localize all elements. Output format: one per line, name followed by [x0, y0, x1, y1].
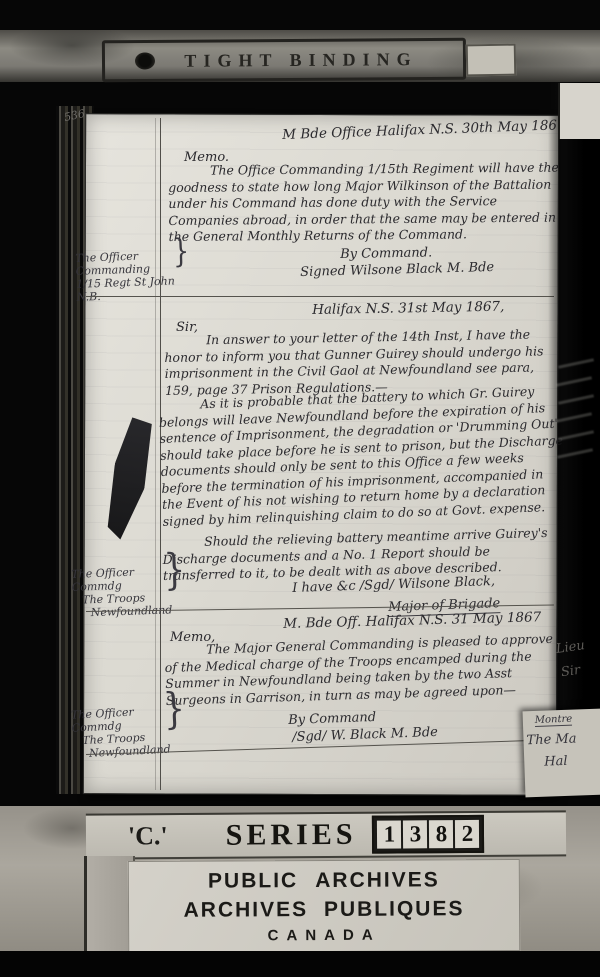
next-page-fragment: Sir [560, 663, 581, 681]
tight-binding-tag: TIGHT BINDING [102, 38, 466, 83]
section2-paragraph-2: As it is probable that the battery to wh… [158, 382, 567, 529]
archives-panel: PUBLIC ARCHIVES ARCHIVES PUBLIQUES CANAD… [128, 859, 520, 953]
archives-line-canada: CANADA [268, 926, 381, 944]
gutter-shadow [548, 82, 600, 794]
bottom-black-band [0, 951, 600, 977]
tight-binding-label: TIGHT BINDING [150, 49, 417, 72]
next-page-fragment: Montre [535, 714, 573, 727]
margin-rule-faint [155, 118, 156, 790]
margin-brace: } [163, 701, 185, 718]
section3-by-command: By Command [288, 710, 376, 728]
series-word: SERIES [226, 818, 357, 853]
volume-digit: 8 [429, 820, 453, 848]
archives-line-en: PUBLIC ARCHIVES [208, 868, 440, 893]
section-divider [86, 296, 554, 297]
section1-paragraph: The Office Commanding 1/15th Regiment wi… [168, 160, 561, 246]
margin-note-line: The Officer Commdg [71, 564, 176, 594]
next-page-corner [558, 83, 600, 139]
margin-note-line: The Officer Commanding [75, 248, 180, 278]
archival-photo: TIGHT BINDING 536 M Bde Office Halifax N… [0, 0, 600, 977]
next-page-fragment: Hal [544, 754, 568, 770]
volume-digit: 3 [403, 820, 427, 848]
section2-paragraph-3: Should the relieving battery meantime ar… [162, 525, 561, 585]
series-strip: 'C.' SERIES 1 3 8 2 [86, 810, 566, 859]
margin-brace: } [163, 562, 185, 579]
volume-digit: 2 [455, 820, 479, 848]
next-page-patch: Montre The Ma Hal [523, 709, 600, 798]
series-letter: 'C.' [128, 821, 168, 851]
margin-note-line: 1/15 Regt St John N.B. [76, 274, 181, 304]
archives-line-fr: ARCHIVES PUBLIQUES [184, 897, 465, 922]
next-page-fragment: The Ma [526, 732, 576, 749]
volume-number-tiles: 1 3 8 2 [372, 815, 484, 854]
section2-heading: Halifax N.S. 31st May 1867, [312, 299, 505, 318]
binding-tag-extension [466, 44, 517, 77]
volume-digit: 1 [377, 820, 401, 848]
section1-by-command: By Command. [340, 245, 432, 262]
binding-hole-icon [135, 52, 155, 69]
margin-brace: } [172, 244, 189, 261]
section3-paragraph: The Major General Commanding is pleased … [164, 630, 564, 708]
